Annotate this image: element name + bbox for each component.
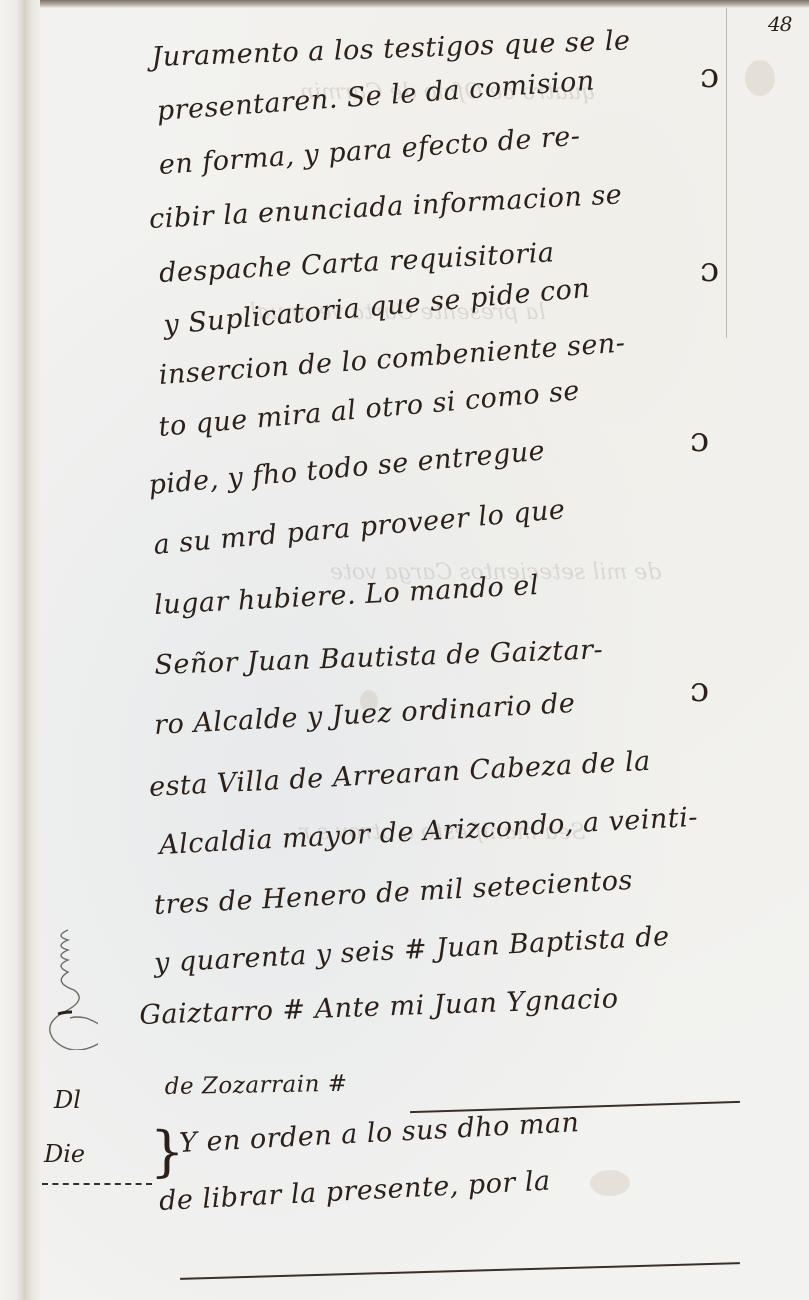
manuscript-page: quatro ce Ofcio de Carmin la presente Ca…: [0, 0, 809, 1300]
margin-dash-line: [42, 1183, 152, 1185]
ruled-margin-line: [726, 8, 727, 338]
folio-number: 48: [768, 12, 791, 36]
line-end-flourish-icon: ɔ: [700, 250, 719, 290]
line-end-flourish-icon: ɔ: [700, 56, 719, 96]
rubric-flourish-icon: [28, 920, 98, 1050]
line-end-flourish-icon: ɔ: [690, 670, 709, 710]
gutter-shadow: [24, 0, 40, 1300]
page-top-edge: [0, 0, 809, 8]
margin-note-top: Dl: [54, 1086, 81, 1114]
binding-gutter: [0, 0, 24, 1300]
line-end-flourish-icon: ɔ: [690, 420, 709, 460]
margin-note-bottom: Die: [44, 1140, 85, 1168]
paper-stain: [590, 1170, 630, 1196]
paper-stain: [745, 60, 775, 96]
manuscript-line: de Zozarrain #: [165, 1071, 348, 1100]
